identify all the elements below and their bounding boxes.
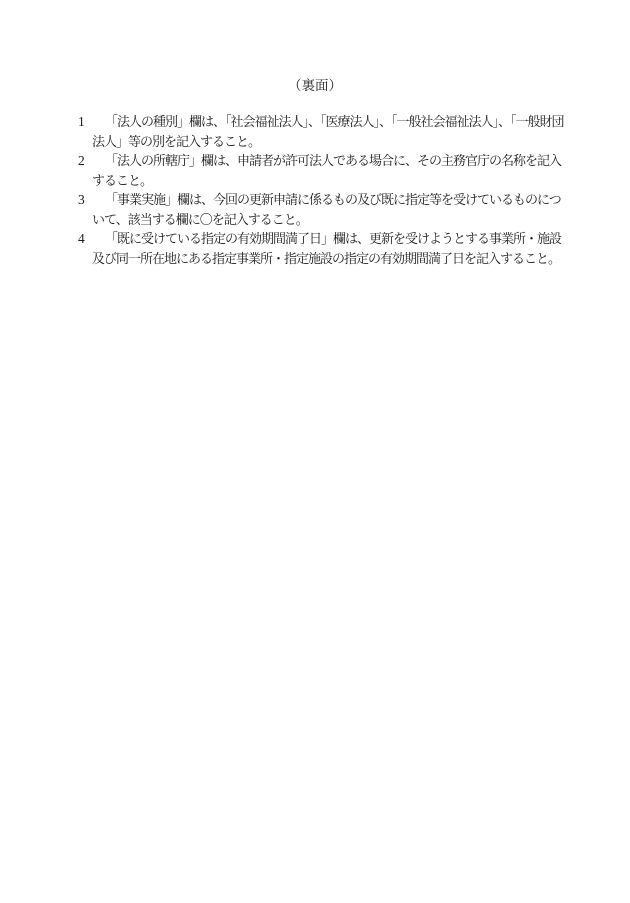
notes-list: 1 「法人の種別」欄は、「社会福祉法人」、「医療法人」、「一般社会福祉法人」、「… (78, 112, 568, 268)
item-number: 2 (78, 151, 85, 171)
page-title: （裏面） (0, 76, 630, 96)
note-line: すること。 (92, 171, 568, 191)
note-item-1: 1 「法人の種別」欄は、「社会福祉法人」、「医療法人」、「一般社会福祉法人」、「… (78, 112, 568, 151)
note-item-4: 4 「既に受けている指定の有効期間満了日」欄は、更新を受けようとする事業所・施設… (78, 229, 568, 268)
note-line: いて、該当する欄に〇を記入すること。 (92, 210, 568, 230)
note-line: 「法人の種別」欄は、「社会福祉法人」、「医療法人」、「一般社会福祉法人」、「一般… (92, 112, 568, 132)
note-line: 「事業実施」欄は、今回の更新申請に係るもの及び既に指定等を受けているものにつ (92, 190, 568, 210)
item-number: 4 (78, 229, 85, 249)
item-number: 3 (78, 190, 85, 210)
note-line: 法人」等の別を記入すること。 (92, 132, 568, 152)
item-number: 1 (78, 112, 85, 132)
note-line: 「法人の所轄庁」欄は、申請者が許可法人である場合に、その主務官庁の名称を記入 (92, 151, 568, 171)
note-item-3: 3 「事業実施」欄は、今回の更新申請に係るもの及び既に指定等を受けているものにつ… (78, 190, 568, 229)
note-line: 「既に受けている指定の有効期間満了日」欄は、更新を受けようとする事業所・施設 (92, 229, 568, 249)
note-item-2: 2 「法人の所轄庁」欄は、申請者が許可法人である場合に、その主務官庁の名称を記入… (78, 151, 568, 190)
document-page: （裏面） 1 「法人の種別」欄は、「社会福祉法人」、「医療法人」、「一般社会福祉… (0, 0, 630, 903)
note-line: 及び同一所在地にある指定事業所・指定施設の指定の有効期間満了日を記入すること。 (92, 249, 568, 269)
